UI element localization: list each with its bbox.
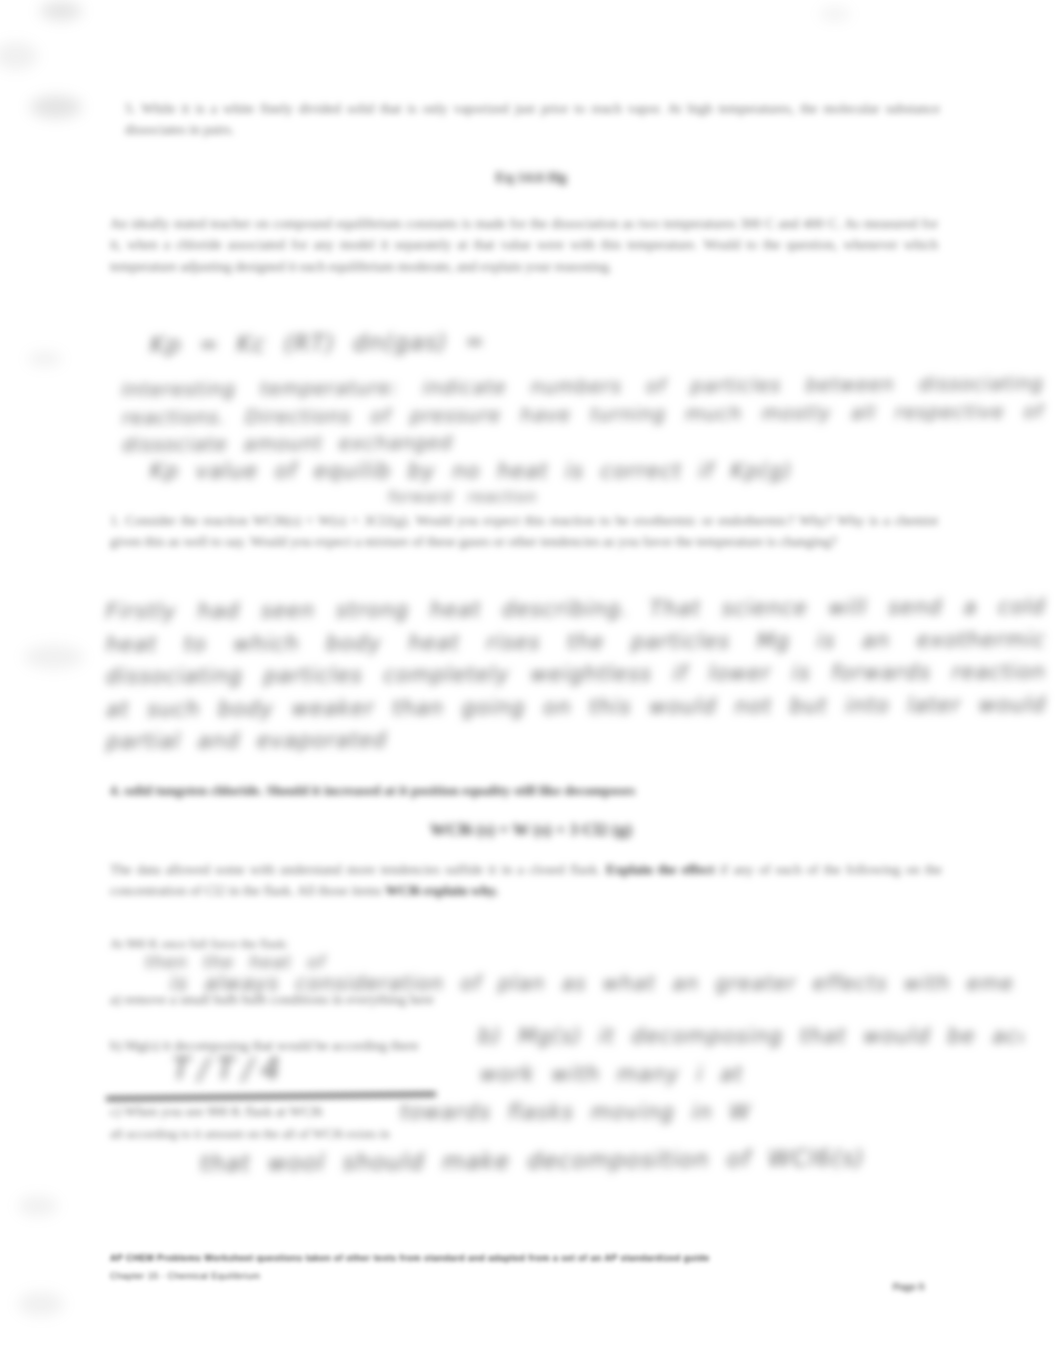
printed-item-c: c) When you see 900 K flask at WCl6: [110, 1102, 580, 1124]
printed-item-c2: all according to it amount on the all of…: [110, 1124, 580, 1146]
footer-chapter-label: Chapter 15 - Chemical Equilibrium: [110, 1271, 390, 1285]
printed-paragraph-question1: 1. Consider the reaction WCl6(s) = W(s) …: [110, 511, 938, 585]
handwritten-scribble: forward reaction: [388, 487, 588, 509]
footer-fineprint: AP CHEM Problems Worksheet questions tak…: [110, 1253, 955, 1268]
chemical-equation: WCl6 (s) = W (s) + 3 Cl2 (g): [0, 820, 1062, 840]
scan-smudge: [24, 645, 84, 669]
handwritten-answer: Firstly had seen strong heat describing.…: [106, 591, 1047, 784]
scan-smudge: [0, 42, 38, 70]
printed-paragraph-directions: The data allowed some with understand mo…: [110, 860, 942, 918]
scan-smudge: [18, 1196, 58, 1216]
printed-paragraph-item5: 5. While it is a white finely divided so…: [125, 99, 940, 145]
handwritten-final-line: that wool should make decomposition of W…: [200, 1145, 970, 1198]
handwritten-notes-line: Kp value of equilib by no heat is correc…: [150, 455, 1040, 489]
scan-smudge: [820, 8, 850, 20]
directions-bold: Explain the effect: [606, 863, 714, 878]
printed-paragraph-intro: An ideally stated teacher on compound eq…: [110, 214, 938, 318]
printed-item-a: a) remove a small bulb bulb conditions i…: [110, 990, 860, 1012]
scanned-worksheet-page: 5. While it is a white finely divided so…: [0, 0, 1062, 1370]
handwritten-line-b: b) Mg(s) it decomposing that would be ac…: [478, 1020, 1023, 1056]
handwritten-notes: Interesting temperature: indicate number…: [122, 371, 1045, 461]
scan-smudge: [30, 96, 82, 118]
equation-heading: Eq 14.6 Hg: [0, 170, 1062, 187]
directions-bold: WCl6 explain why.: [385, 884, 498, 899]
scan-smudge: [40, 2, 82, 20]
handwritten-line-b2: work with many i at: [480, 1058, 1020, 1094]
printed-line-item4: 4. solid tungsten chloride. Should it in…: [110, 781, 858, 803]
handwritten-equation: Kp = Kc (RT) dn(gas) =: [150, 329, 490, 367]
footer-page-number: Page 5: [893, 1282, 953, 1296]
scan-smudge: [28, 352, 62, 366]
directions-text: The data allowed some with understand mo…: [110, 863, 606, 878]
scan-smudge: [18, 1292, 64, 1316]
